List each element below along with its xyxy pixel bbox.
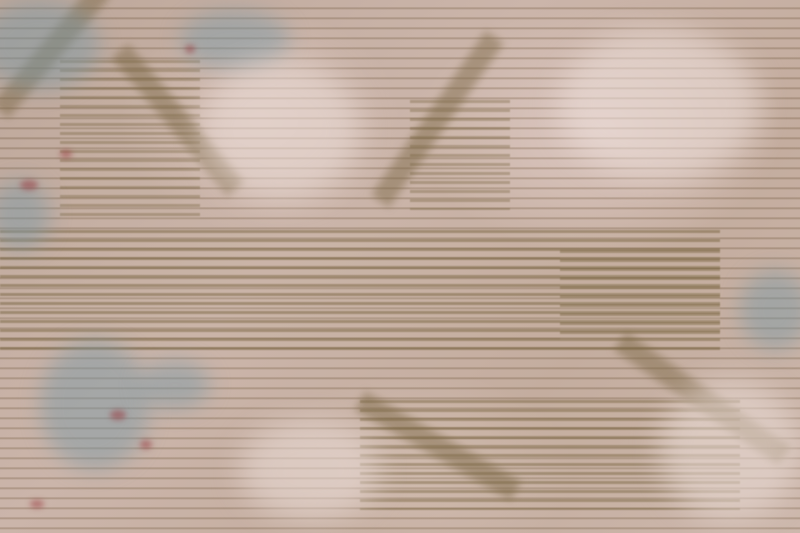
rust-red-fleck: [20, 180, 38, 190]
rug-texture: [0, 0, 800, 533]
olive-stripe-band: [560, 250, 720, 340]
light-pile-area: [240, 420, 380, 520]
light-pile-area: [560, 30, 760, 180]
rust-red-fleck: [185, 45, 195, 53]
light-pile-area: [660, 380, 800, 520]
olive-stripe-band: [60, 60, 200, 220]
rust-red-fleck: [140, 440, 152, 449]
blue-gray-patch: [140, 360, 210, 410]
rust-red-fleck: [60, 150, 72, 158]
rust-red-fleck: [110, 410, 126, 420]
light-pile-area: [200, 60, 360, 200]
blue-gray-patch: [40, 340, 150, 470]
rust-red-fleck: [30, 500, 44, 508]
